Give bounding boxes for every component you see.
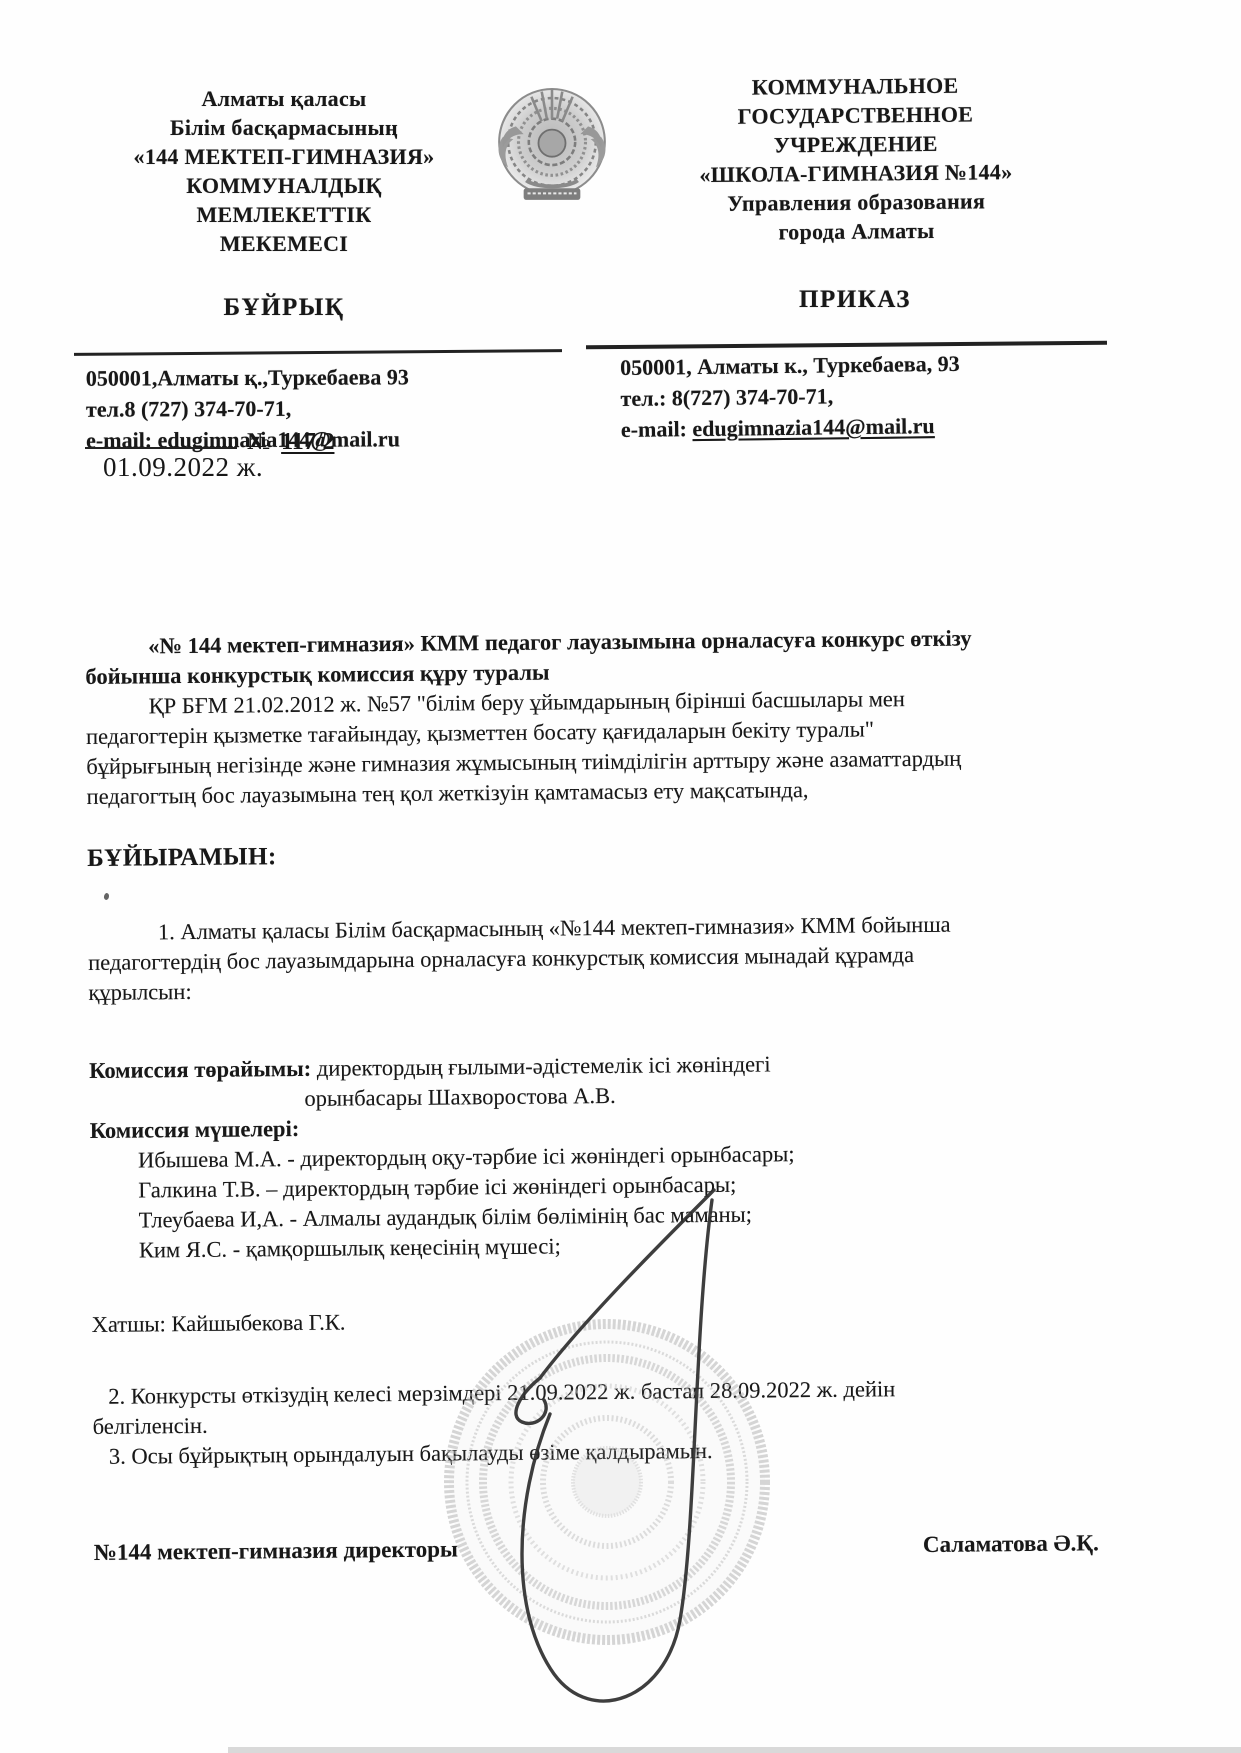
address-line: 050001,Алматы қ.,Туркебаева 93: [86, 361, 409, 393]
resolve-heading: БҰЙЫРАМЫН:: [87, 834, 1102, 874]
commission-chair: Комиссия төрайымы: директордың ғылыми-әд…: [89, 1046, 1105, 1116]
order-item-2: 2. Конкурсты өткізудің келесі мерзімдері…: [92, 1372, 1108, 1442]
divider-left: [74, 349, 562, 356]
org-line: ГОСУДАРСТВЕННОЕ: [612, 98, 1098, 132]
org-line: «144 МЕКТЕП-ГИМНАЗИЯ»: [88, 142, 480, 171]
order-number: 117/2: [281, 429, 334, 455]
contact-block-right: 050001, Алматы к., Туркебаева, 93 тел.: …: [620, 348, 961, 445]
secretary-line: Хатшы: Кайшыбекова Г.К.: [92, 1300, 1107, 1340]
doc-type-kazakh: БҰЙРЫҚ: [88, 294, 480, 322]
email-line: e-mail: edugimnazia144@mail.ru: [621, 410, 961, 445]
org-line: МЕМЛЕКЕТТІК: [88, 200, 480, 229]
order-body: «№ 144 мектеп-гимназия» КММ педагог лауа…: [85, 622, 1109, 1568]
org-name-russian: КОММУНАЛЬНОЕ ГОСУДАРСТВЕННОЕ УЧРЕЖДЕНИЕ …: [612, 69, 1100, 248]
email-label: e-mail:: [621, 416, 693, 442]
org-line: МЕКЕМЕСІ: [88, 229, 480, 258]
address-line: 050001, Алматы к., Туркебаева, 93: [620, 348, 960, 383]
scan-edge-artifact: [228, 1747, 1241, 1753]
email-address: edugimnazia144@mail.ru: [692, 413, 935, 441]
scanned-order-document: Алматы қаласы Білім басқармасының «144 М…: [0, 0, 1241, 1753]
director-name: Саламатова Ә.Қ.: [923, 1528, 1099, 1560]
org-line: Алматы қаласы: [88, 84, 480, 113]
phone-line: тел.8 (727) 374-70-71,: [86, 392, 409, 424]
org-line: Управления образования: [613, 185, 1099, 219]
org-name-kazakh: Алматы қаласы Білім басқармасының «144 М…: [88, 84, 480, 258]
divider-right: [586, 341, 1107, 350]
blank-underline: [85, 423, 237, 449]
org-line: КОММУНАЛЬНОЕ: [612, 69, 1098, 103]
kazakhstan-coat-of-arms-icon: [487, 80, 617, 214]
preamble: ҚР БҒМ 21.02.2012 ж. №57 "білім беру ұйы…: [86, 682, 1102, 812]
members-list: Ибышева М.А. - директордың оқу-тәрбие іс…: [90, 1136, 1106, 1266]
doc-type-russian: ПРИКАЗ: [612, 286, 1098, 314]
org-line: УЧРЕЖДЕНИЕ: [613, 127, 1099, 161]
org-line: КОММУНАЛДЫҚ: [88, 171, 480, 200]
order-date: 01.09.2022 ж.: [103, 452, 263, 483]
chair-label: Комиссия төрайымы:: [89, 1056, 311, 1083]
org-line: города Алматы: [613, 214, 1099, 248]
signature-row: №144 мектеп-гимназия директоры Саламатов…: [94, 1528, 1109, 1568]
org-line: Білім басқармасының: [88, 113, 480, 142]
phone-line: тел.: 8(727) 374-70-71,: [620, 379, 960, 414]
chair-text: директордың ғылыми-әдістемелік ісі жөнін…: [311, 1051, 771, 1080]
order-item-1: 1. Алматы қаласы Білім басқармасының «№1…: [88, 908, 1104, 1008]
org-line: «ШКОЛА-ГИМНАЗИЯ №144»: [613, 156, 1099, 190]
director-position: №144 мектеп-гимназия директоры: [94, 1534, 458, 1567]
